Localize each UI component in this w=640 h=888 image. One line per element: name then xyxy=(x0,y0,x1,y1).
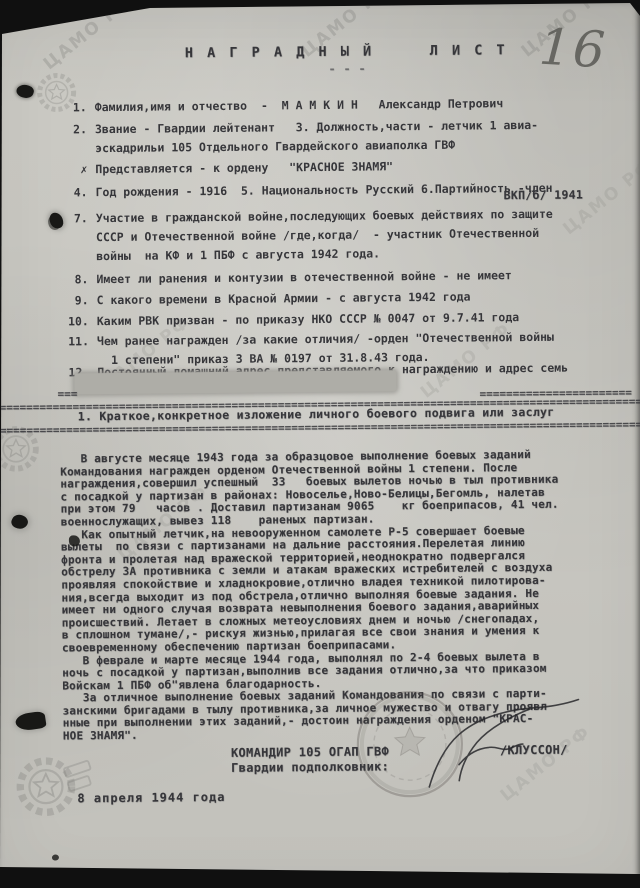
archive-watermark-text: ЦАМО РФ xyxy=(40,0,138,74)
form-field: 9. С какого времени в Красной Армии - с … xyxy=(59,288,471,311)
form-field: 8. Имеет ли ранения и контузии в отечест… xyxy=(58,266,512,289)
title-underline-dashes: - - - xyxy=(328,62,366,76)
paper: ЦАМО РФ ЦАМО РФ ЦАМО РФ ЦАМО РФ ЦАМО РФ … xyxy=(0,0,640,888)
separator-line: === xyxy=(57,387,77,400)
field-text: Фамилия,имя и отчество - М А М К И Н Але… xyxy=(95,94,504,117)
redaction-bar xyxy=(74,370,396,394)
form-field: 4. Год рождения - 1916 5. Национальность… xyxy=(57,179,552,203)
handwritten-page-number: 16 xyxy=(538,18,609,80)
field-number: 10. xyxy=(59,312,89,331)
field-number: 9. xyxy=(59,291,89,310)
document-content: ЦАМО РФ ЦАМО РФ ЦАМО РФ ЦАМО РФ ЦАМО РФ … xyxy=(0,0,640,888)
field-text: Имеет ли ранения и контузии в отечествен… xyxy=(96,266,512,289)
field-text: Каким РВК призван - по приказу НКО СССР … xyxy=(97,308,520,331)
field-number: 8. xyxy=(58,270,88,289)
form-field: 2. Звание - Гвардии лейтенант 3. Должнос… xyxy=(57,116,538,159)
archive-emblem-watermark xyxy=(9,742,98,831)
field-number: 2. xyxy=(57,120,87,158)
field-text: Представляется - к ордену "КРАСНОЕ ЗНАМЯ… xyxy=(95,157,393,179)
field-number: 4. xyxy=(57,183,87,202)
scan-background: { "document": { "title": "Н А Г Р А Д Н … xyxy=(0,0,640,888)
party-membership: ВКП/б/ 1941 xyxy=(504,187,584,202)
field-text: Участие в гражданской войне,последующих … xyxy=(96,205,553,266)
field-text: Год рождения - 1916 5. Национальность Ру… xyxy=(95,179,552,202)
ink-blot xyxy=(10,512,30,531)
form-field: 1. Фамилия,имя и отчество - М А М К И Н … xyxy=(57,94,504,117)
strikeout-mark: ✗ xyxy=(57,160,87,179)
field-text: С какого времени в Красной Армии - с авг… xyxy=(97,288,471,311)
ink-blot xyxy=(69,535,80,546)
ink-blot xyxy=(15,711,47,732)
ink-blot xyxy=(52,855,59,861)
handwritten-signature xyxy=(414,697,595,794)
form-field: ✗ Представляется - к ордену "КРАСНОЕ ЗНА… xyxy=(57,157,393,179)
page-title: Н А Г Р А Д Н Ы Й Л И С Т xyxy=(146,42,546,62)
form-field: 7. Участие в гражданской войне,последующ… xyxy=(58,205,553,267)
commander-title: КОМАНДИР 105 ОГАП ГВФ Гвардии подполковн… xyxy=(231,744,389,776)
field-text: Звание - Гвардии лейтенант 3. Должность,… xyxy=(95,116,538,158)
document-date: 8 апреля 1944 года xyxy=(77,790,225,805)
field-number: 1. xyxy=(57,98,87,117)
